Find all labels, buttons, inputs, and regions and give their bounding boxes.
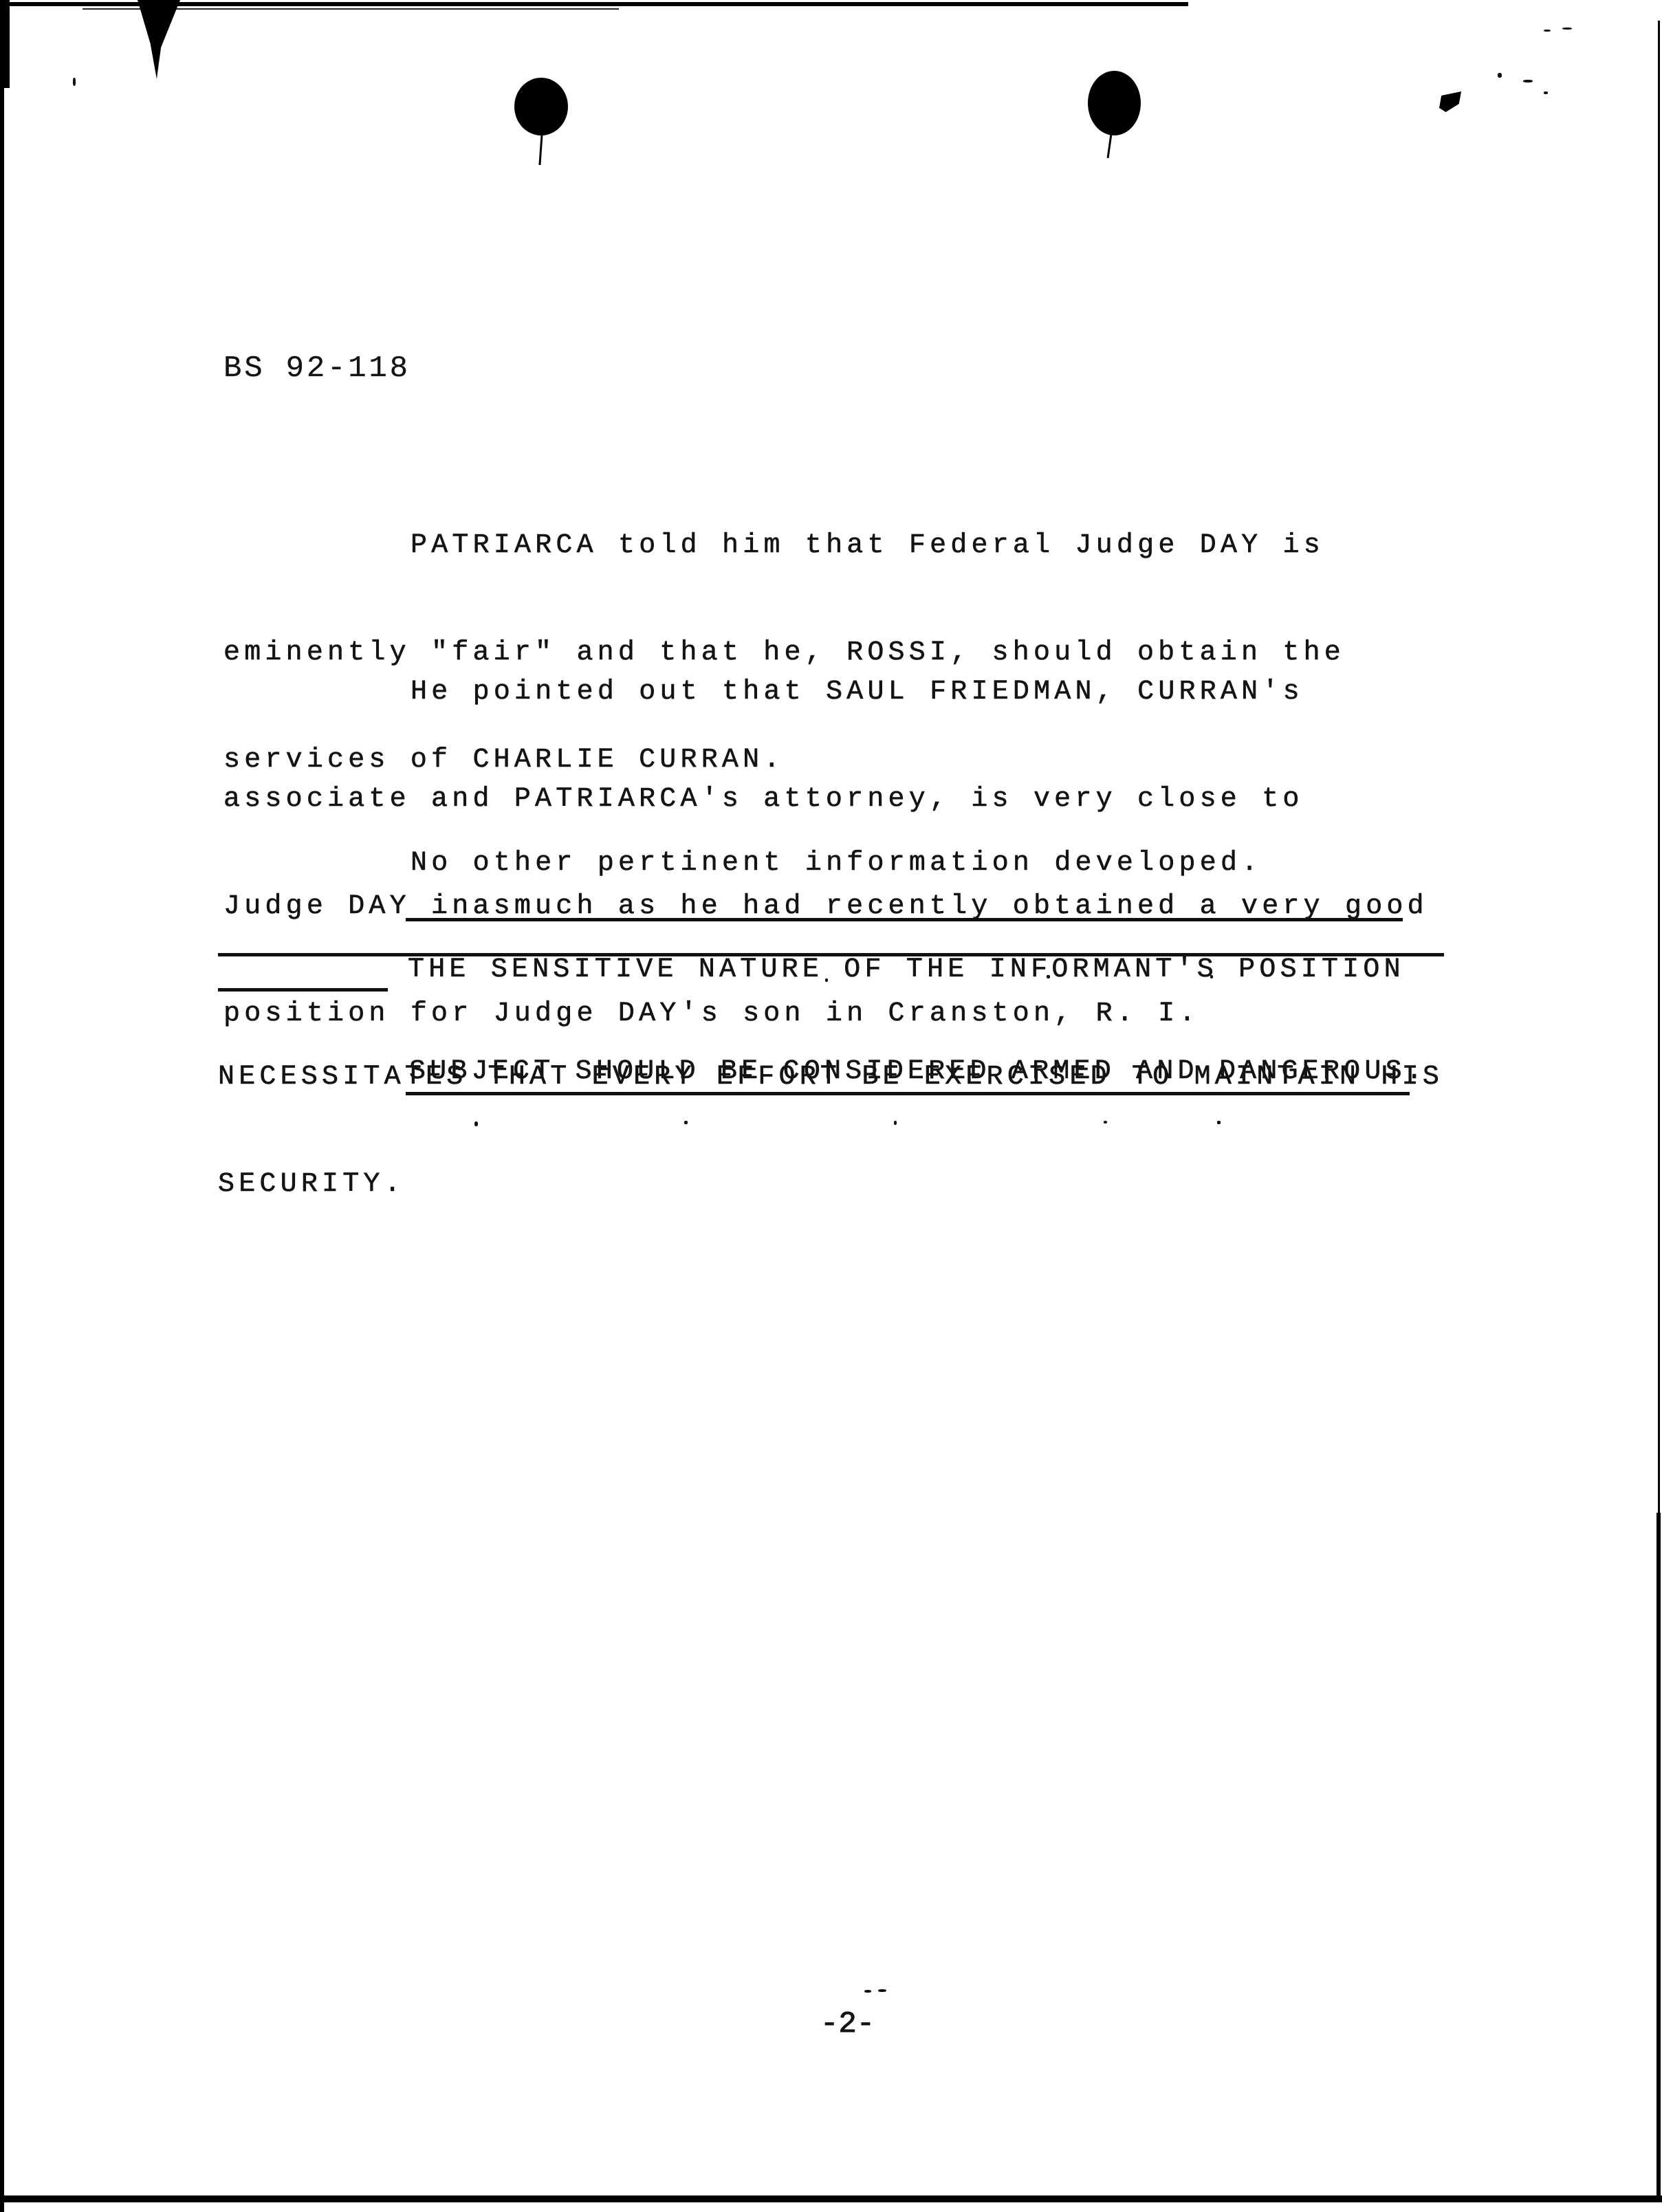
punch-hole-right-tail <box>1107 134 1113 158</box>
underline <box>218 988 388 992</box>
page-number: -2- <box>820 2006 875 2042</box>
speck <box>73 78 76 86</box>
underline <box>406 918 1403 921</box>
security-notice-line: THE SENSITIVE NATURE OF THE INFORMANT'S … <box>218 952 1443 988</box>
ink-blot <box>1439 91 1461 112</box>
speck <box>1562 28 1572 30</box>
tear-mark <box>138 0 180 79</box>
punch-hole-left <box>514 78 568 135</box>
paragraph-line: No other pertinent information developed… <box>223 846 1262 881</box>
scan-bottom-edge <box>0 2195 1662 2202</box>
speck <box>1523 80 1533 83</box>
speck <box>878 1989 886 1992</box>
speck <box>864 1990 871 1993</box>
speck <box>1498 73 1502 78</box>
armed-dangerous-warning: SUBJECT SHOULD BE CONSIDERED ARMED AND D… <box>409 1054 1427 1090</box>
speck <box>1544 91 1548 94</box>
scan-left-edge-corner <box>0 0 10 88</box>
underline <box>218 953 1444 956</box>
security-notice-line: SECURITY. <box>218 1167 1443 1203</box>
scanned-document-page: BS 92-118 PATRIARCA told him that Federa… <box>0 0 1662 2212</box>
punch-hole-right <box>1088 71 1141 135</box>
underline <box>406 1092 1410 1095</box>
scan-left-edge <box>0 0 4 2212</box>
speck <box>1544 30 1551 32</box>
file-number: BS 92-118 <box>223 351 411 386</box>
punch-hole-left-tail <box>538 134 543 165</box>
scan-right-edge-lower <box>1656 1513 1661 2200</box>
paragraph-line: PATRIARCA told him that Federal Judge DA… <box>223 528 1345 564</box>
paragraph-line: He pointed out that SAUL FRIEDMAN, CURRA… <box>223 675 1428 710</box>
